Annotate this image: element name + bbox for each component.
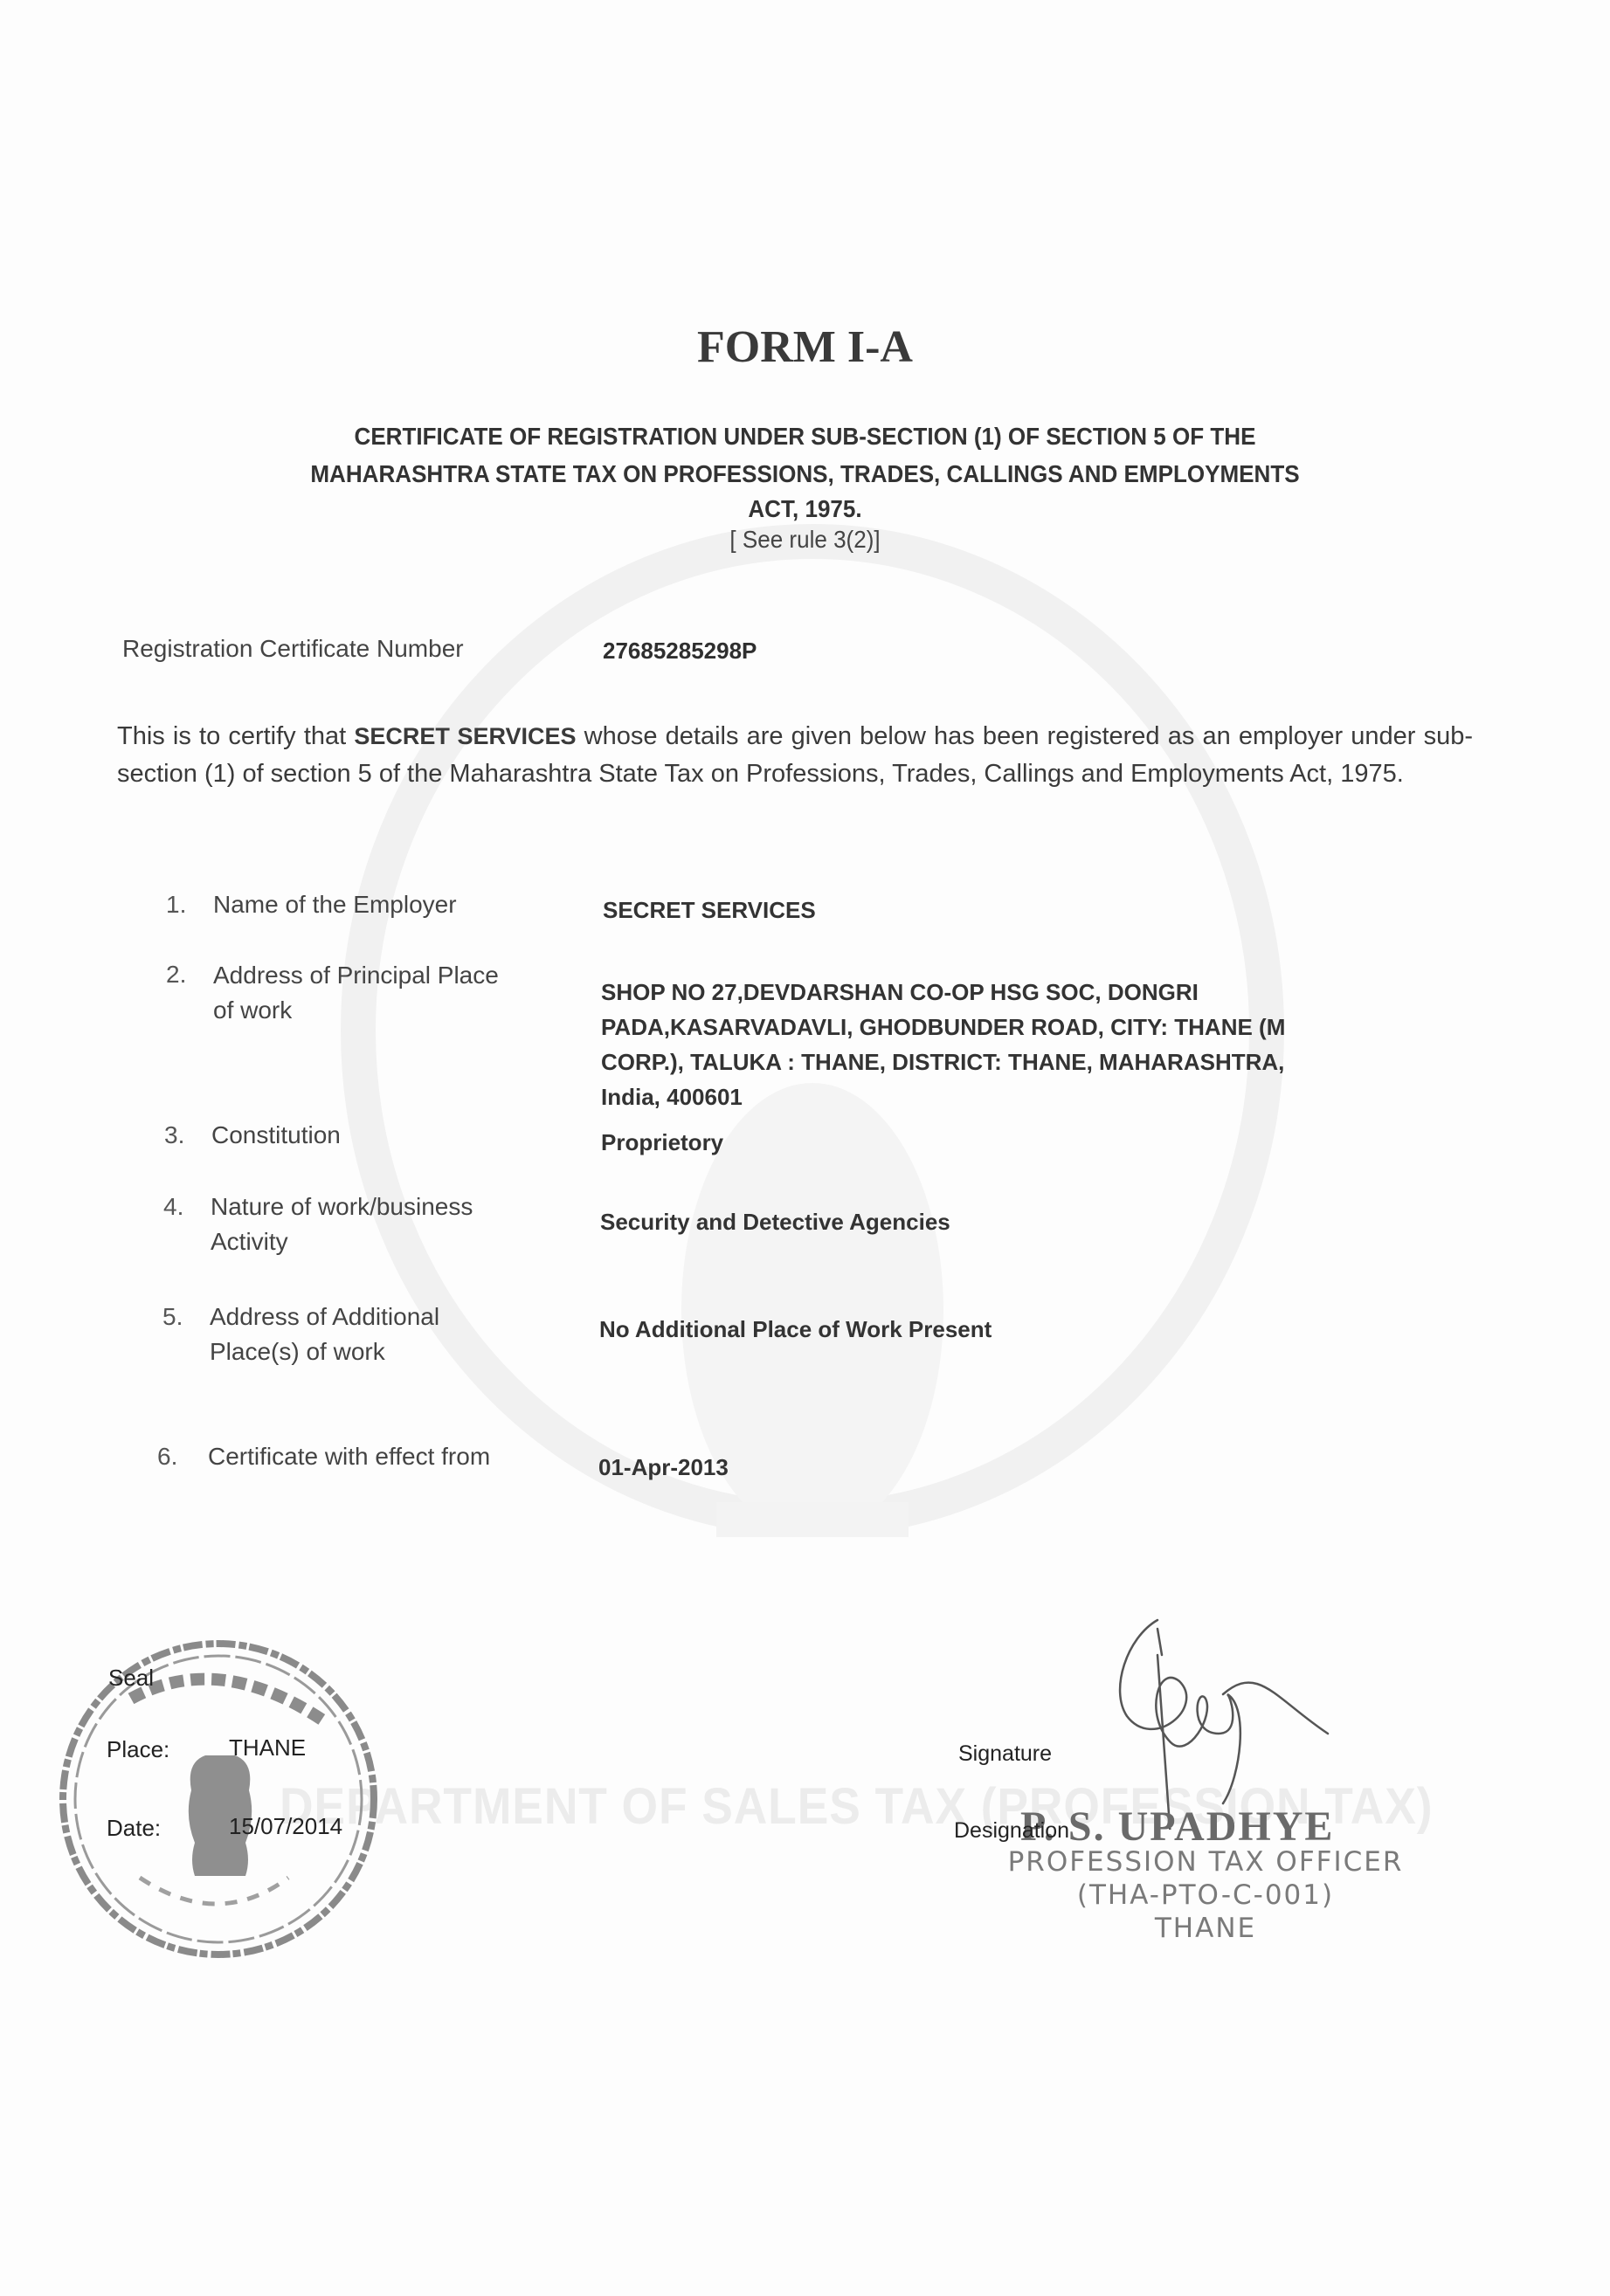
- officer-title-stamp: PROFESSION TAX OFFICER: [987, 1846, 1424, 1878]
- officer-city-stamp: THANE: [987, 1913, 1424, 1944]
- place-value: THANE: [229, 1734, 306, 1762]
- place-label: Place:: [107, 1736, 169, 1763]
- item-label: Constitution: [211, 1118, 552, 1153]
- item-value: Security and Detective Agencies: [600, 1204, 1369, 1239]
- form-title: FORM I-A: [0, 321, 1610, 373]
- item-number: 3.: [164, 1121, 184, 1149]
- signature-label: Signature: [958, 1741, 1052, 1767]
- subtitle-line-1: CERTIFICATE OF REGISTRATION UNDER SUB-SE…: [57, 423, 1554, 451]
- item-number: 5.: [162, 1303, 183, 1331]
- designation-label: Designation: [954, 1818, 1069, 1844]
- paragraph-text-start: This is to certify that: [117, 722, 354, 750]
- item-label: Address of Principal Place of work: [213, 958, 501, 1028]
- item-number: 4.: [163, 1193, 183, 1221]
- officer-code-stamp: (THA-PTO-C-001): [987, 1879, 1424, 1911]
- item-label: Name of the Employer: [213, 887, 554, 922]
- date-value: 15/07/2014: [229, 1813, 342, 1840]
- subtitle-line-2: MAHARASHTRA STATE TAX ON PROFESSIONS, TR…: [57, 460, 1554, 488]
- item-number: 6.: [157, 1443, 177, 1471]
- seal-label: Seal: [108, 1665, 154, 1692]
- registration-number-value: 27685285298P: [603, 638, 757, 665]
- round-seal-stamp-icon: [35, 1616, 402, 1982]
- item-value: SHOP NO 27,DEVDARSHAN CO-OP HSG SOC, DON…: [601, 975, 1344, 1114]
- item-value: SECRET SERVICES: [603, 893, 1372, 927]
- handwritten-signature-icon: [1074, 1603, 1354, 1830]
- item-value: No Additional Place of Work Present: [599, 1312, 1368, 1347]
- rule-reference: [ See rule 3(2)]: [57, 526, 1554, 554]
- item-value: Proprietory: [601, 1125, 1370, 1160]
- subtitle-line-3: ACT, 1975.: [57, 495, 1554, 523]
- item-label: Nature of work/business Activity: [211, 1189, 534, 1259]
- item-number: 2.: [166, 961, 186, 989]
- certification-paragraph: This is to certify that SECRET SERVICES …: [117, 718, 1473, 793]
- item-label: Certificate with effect from: [208, 1439, 557, 1474]
- item-value: 01-Apr-2013: [598, 1450, 1367, 1485]
- registration-number-label: Registration Certificate Number: [122, 635, 464, 663]
- item-label: Address of Additional Place(s) of work: [210, 1300, 498, 1369]
- date-label: Date:: [107, 1815, 161, 1842]
- paragraph-employer-name: SECRET SERVICES: [354, 723, 576, 749]
- item-number: 1.: [166, 891, 186, 919]
